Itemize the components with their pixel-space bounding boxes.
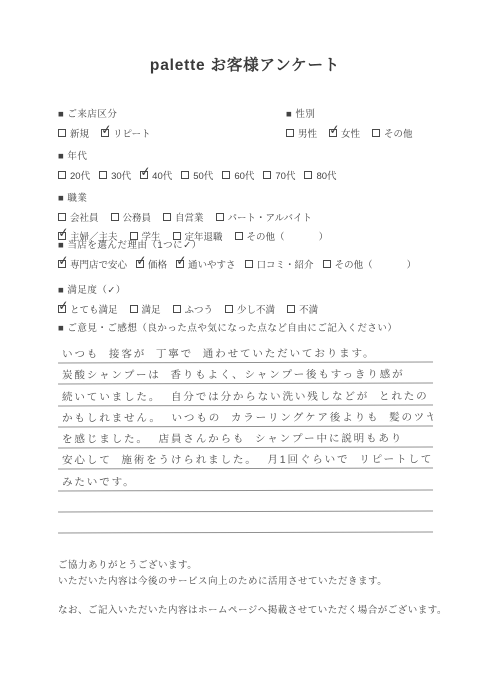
section-visit-header: ■ ご来店区分 xyxy=(58,106,151,120)
checkbox-icon[interactable] xyxy=(263,171,271,179)
checkbox-icon[interactable] xyxy=(130,305,138,313)
visit-option-row: 新規 リピート xyxy=(58,126,151,140)
comment-area: いつも 接客が 丁寧で 通わせていただいております。 炭酸シャンプーは 香りもよ… xyxy=(58,342,433,534)
section-visit-type: ■ ご来店区分 新規 リピート xyxy=(58,106,151,140)
option-self-employed: 自営業 xyxy=(163,210,204,224)
footer-usage-note: いただいた内容は今後のサービス向上のために活用させていただきます。 xyxy=(58,573,387,587)
section-satisfaction: ■ 満足度（✓） とても満足 満足 ふつう 少し不満 不満 xyxy=(58,282,318,316)
checkbox-icon[interactable] xyxy=(181,171,189,179)
age-option-row: 20代 30代 40代 50代 60代 70代 80代 xyxy=(58,168,337,182)
option-label: とても満足 xyxy=(70,302,118,316)
option-repeat: リピート xyxy=(101,126,151,140)
option-label: 男性 xyxy=(298,126,317,140)
checkbox-icon[interactable] xyxy=(58,129,66,137)
option-public-servant: 公務員 xyxy=(111,210,152,224)
section-age-header: ■ 年代 xyxy=(58,148,337,162)
option-label: その他（ xyxy=(335,257,373,271)
section-age: ■ 年代 20代 30代 40代 50代 60代 70代 80代 xyxy=(58,148,337,182)
occupation-option-row1: 会社員 公務員 自営業 パート・アルバイト xyxy=(58,210,328,224)
checkbox-icon[interactable] xyxy=(225,305,233,313)
checkbox-icon[interactable] xyxy=(58,260,66,268)
option-label: 口コミ・紹介 xyxy=(257,257,314,271)
comment-line: みたいです。 xyxy=(58,469,433,491)
option-female: 女性 xyxy=(329,126,360,140)
option-50s: 50代 xyxy=(181,168,213,182)
option-label: その他 xyxy=(384,126,413,140)
footer-publication-note: なお、ご記入いただいた内容はホームページへ掲載させていただく場合がございます。 xyxy=(58,602,447,616)
checkbox-icon[interactable] xyxy=(58,171,66,179)
reason-option-row: 専門店で安心 価格 通いやすさ 口コミ・紹介 その他（） xyxy=(58,257,416,271)
option-label: パート・アルバイト xyxy=(228,210,312,224)
option-label: 20代 xyxy=(70,168,90,182)
section-comments: ■ ご意見・ご感想（良かった点や気になった点など自由にご記入ください） xyxy=(58,320,397,340)
comment-line: かもしれません。 いつもの カラーリングケア後よりも 髪のツヤ xyxy=(58,405,433,427)
option-other-reason: その他（） xyxy=(323,257,417,271)
option-part-time: パート・アルバイト xyxy=(216,210,312,224)
checkbox-icon[interactable] xyxy=(287,305,295,313)
section-gender-header: ■ 性別 xyxy=(286,106,413,120)
option-other-gender: その他 xyxy=(372,126,413,140)
checkbox-icon[interactable] xyxy=(140,171,148,179)
checkbox-icon[interactable] xyxy=(173,305,181,313)
option-company-employee: 会社員 xyxy=(58,210,99,224)
checkbox-icon[interactable] xyxy=(99,171,107,179)
option-price: 価格 xyxy=(136,257,167,271)
comment-line xyxy=(58,491,433,513)
section-reason: ■ 当店を選んだ理由（1つに✓） 専門店で安心 価格 通いやすさ 口コミ・紹介 … xyxy=(58,237,416,271)
checkbox-icon[interactable] xyxy=(111,213,119,221)
option-label: 専門店で安心 xyxy=(70,257,127,271)
comment-line: を感じました。 店員さんからも シャンプー中に説明もあり xyxy=(58,427,433,449)
comment-line xyxy=(58,512,433,534)
section-occupation: ■ 職業 会社員 公務員 自営業 パート・アルバイト 主婦／主夫 学生 定年退職… xyxy=(58,190,328,243)
option-60s: 60代 xyxy=(222,168,254,182)
checkbox-icon[interactable] xyxy=(222,171,230,179)
checkbox-icon[interactable] xyxy=(176,260,184,268)
option-male: 男性 xyxy=(286,126,317,140)
option-specialty-store: 専門店で安心 xyxy=(58,257,127,271)
checkbox-icon[interactable] xyxy=(163,213,171,221)
option-label: 30代 xyxy=(111,168,131,182)
section-comments-header: ■ ご意見・ご感想（良かった点や気になった点など自由にご記入ください） xyxy=(58,320,397,334)
option-label: ふつう xyxy=(185,302,214,316)
checkbox-icon[interactable] xyxy=(304,171,312,179)
option-30s: 30代 xyxy=(99,168,131,182)
checkbox-icon[interactable] xyxy=(372,129,380,137)
page-title: palette お客様アンケート xyxy=(0,53,490,75)
option-label: 女性 xyxy=(341,126,360,140)
paren-close: ） xyxy=(407,257,417,271)
checkbox-icon[interactable] xyxy=(101,129,109,137)
option-label: 価格 xyxy=(148,257,167,271)
checkbox-icon[interactable] xyxy=(323,260,331,268)
option-slightly-dissatisfied: 少し不満 xyxy=(225,302,275,316)
option-80s: 80代 xyxy=(304,168,336,182)
option-label: 50代 xyxy=(193,168,213,182)
checkbox-icon[interactable] xyxy=(245,260,253,268)
option-dissatisfied: 不満 xyxy=(287,302,318,316)
option-satisfied: 満足 xyxy=(130,302,161,316)
comment-line: いつも 接客が 丁寧で 通わせていただいております。 xyxy=(58,342,433,364)
option-label: 通いやすさ xyxy=(188,257,236,271)
option-label: 新規 xyxy=(70,126,89,140)
comment-line: 炭酸シャンプーは 香りもよく、シャンプー後もすっきり感が xyxy=(58,363,433,385)
option-label: 60代 xyxy=(234,168,254,182)
option-20s: 20代 xyxy=(58,168,90,182)
option-label: 満足 xyxy=(142,302,161,316)
option-label: リピート xyxy=(113,126,151,140)
checkbox-icon[interactable] xyxy=(329,129,337,137)
checkbox-icon[interactable] xyxy=(136,260,144,268)
option-label: 公務員 xyxy=(123,210,152,224)
section-reason-header: ■ 当店を選んだ理由（1つに✓） xyxy=(58,237,416,251)
option-label: 自営業 xyxy=(175,210,204,224)
option-label: 不満 xyxy=(299,302,318,316)
scanned-survey-page: palette お客様アンケート ■ ご来店区分 新規 リピート ■ 性別 男性… xyxy=(0,0,490,693)
option-70s: 70代 xyxy=(263,168,295,182)
option-40s: 40代 xyxy=(140,168,172,182)
comment-line: 安心して 施術をうけられました。 月1回ぐらいで リピートして xyxy=(58,448,433,470)
section-occupation-header: ■ 職業 xyxy=(58,190,328,204)
gender-option-row: 男性 女性 その他 xyxy=(286,126,413,140)
option-label: 会社員 xyxy=(70,210,99,224)
option-label: 70代 xyxy=(275,168,295,182)
option-label: 80代 xyxy=(316,168,336,182)
option-label: 40代 xyxy=(152,168,172,182)
satisfaction-option-row: とても満足 満足 ふつう 少し不満 不満 xyxy=(58,302,318,316)
option-label: 少し不満 xyxy=(237,302,275,316)
option-very-satisfied: とても満足 xyxy=(58,302,118,316)
option-accessibility: 通いやすさ xyxy=(176,257,236,271)
section-gender: ■ 性別 男性 女性 その他 xyxy=(286,106,413,140)
checkbox-icon[interactable] xyxy=(58,305,66,313)
option-word-of-mouth: 口コミ・紹介 xyxy=(245,257,314,271)
section-satisfaction-header: ■ 満足度（✓） xyxy=(58,282,318,296)
option-new: 新規 xyxy=(58,126,89,140)
footer-thanks: ご協力ありがとうございます。 xyxy=(58,557,197,571)
checkbox-icon[interactable] xyxy=(286,129,294,137)
option-neutral: ふつう xyxy=(173,302,214,316)
comment-line: 続いていました。 自分では分からない洗い残しなどが とれたの xyxy=(58,384,433,406)
checkbox-icon[interactable] xyxy=(216,213,224,221)
checkbox-icon[interactable] xyxy=(58,213,66,221)
